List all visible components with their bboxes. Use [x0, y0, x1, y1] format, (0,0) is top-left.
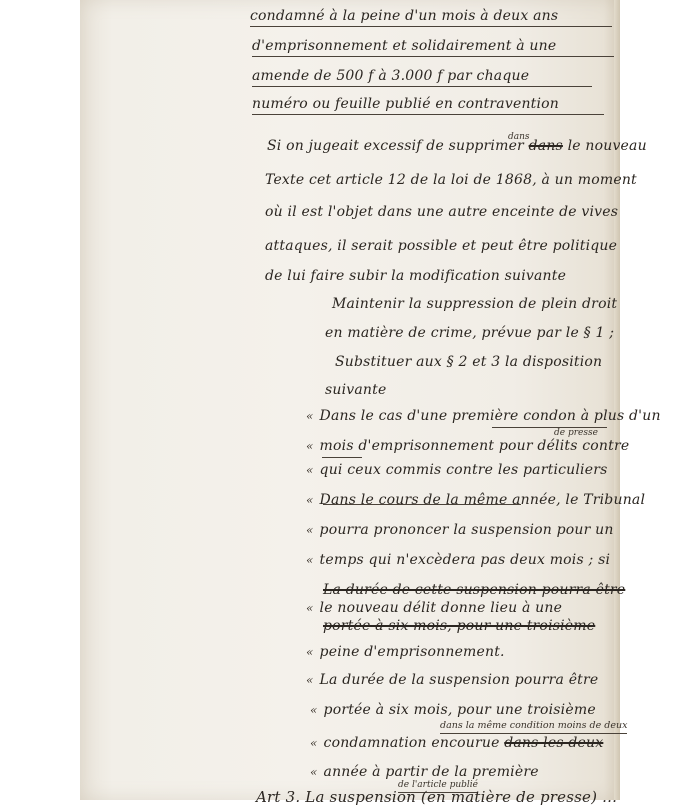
block4-line-1: «Dans le cas d'une première condon à plu… [306, 408, 661, 424]
block2-line-4: attaques, il serait possible et peut êtr… [265, 238, 617, 254]
block1-line-1: condamné à la peine d'un mois à deux ans [250, 8, 612, 27]
underline-meme-annee [323, 504, 521, 505]
line-condamnation-text: condamnation encourue [324, 735, 500, 751]
block4-line-4-text: Dans le cours de la même année, le Tribu… [320, 492, 646, 508]
block4-line-6: «temps qui n'excèdera pas deux mois ; si [306, 552, 610, 568]
quote-mark: « [306, 463, 314, 477]
block2-line-1-text: Si on jugeait excessif de supprimer [267, 138, 524, 154]
struck-dans-les-deux: dans les deux [504, 735, 603, 751]
struck-word: dans [529, 138, 563, 154]
block4-line-3-text: qui ceux commis contre les particuliers [320, 462, 608, 478]
struck-line-duree: La durée de cette suspension pourra être [323, 582, 625, 598]
block1-line-3: amende de 500 f à 3.000 f par chaque [252, 68, 592, 87]
block2-line-1-end: le nouveau [568, 138, 647, 154]
block1-line-4: numéro ou feuille publié en contraventio… [252, 96, 604, 115]
block4-line-1-text: Dans le cas d'une première condon à plus… [320, 408, 661, 424]
page-edge [614, 0, 620, 800]
quote-mark: « [306, 523, 314, 537]
block4-line-5-text: pourra prononcer la suspension pour un [320, 522, 614, 538]
block2-line-5: de lui faire subir la modification suiva… [265, 268, 566, 284]
block4-line-3: «qui ceux commis contre les particuliers [306, 462, 608, 478]
block4-line-5: «pourra prononcer la suspension pour un [306, 522, 614, 538]
quote-mark: « [310, 703, 318, 717]
block4-line-2-text: mois d'emprisonnement pour délits contre [320, 438, 630, 454]
line-condamnation: «condamnation encourue dans les deux [310, 735, 603, 751]
block3-line-2: en matière de crime, prévue par le § 1 ; [325, 325, 614, 341]
block3-line-1: Maintenir la suppression de plein droit [332, 296, 617, 312]
quote-mark: « [306, 645, 314, 659]
manuscript-page: condamné à la peine d'un mois à deux ans… [80, 0, 620, 800]
insert-meme-condition: dans la même condition moins de deux [440, 720, 627, 734]
insert-de-presse: de presse [554, 428, 598, 438]
quote-mark: « [306, 553, 314, 567]
line-bottom-cut: Art 3. La suspension (en matière de pres… [256, 788, 617, 800]
line-portee: «portée à six mois, pour une troisième [310, 702, 596, 718]
struck-line-portee: portée à six mois, pour une troisième [323, 618, 595, 634]
block2-line-1: Si on jugeait excessif de supprimer dans… [267, 138, 647, 154]
insert-above-line: dans [508, 132, 530, 142]
line-nouveau-delit: «le nouveau délit donne lieu à une [306, 600, 562, 616]
quote-mark: « [310, 736, 318, 750]
line-nouveau-text: le nouveau délit donne lieu à une [320, 600, 563, 616]
line-annee-text: année à partir de la première [324, 764, 539, 780]
block4-line-6-text: temps qui n'excèdera pas deux mois ; si [320, 552, 611, 568]
line-peine: «peine d'emprisonnement. [306, 644, 505, 660]
quote-mark: « [306, 493, 314, 507]
underline-mois [322, 457, 362, 458]
quote-mark: « [306, 601, 314, 615]
block1-line-2: d'emprisonnement et solidairement à une [252, 38, 614, 57]
block2-line-2: Texte cet article 12 de la loi de 1868, … [265, 172, 637, 188]
block2-line-3: où il est l'objet dans une autre enceint… [265, 204, 618, 220]
line-portee-text: portée à six mois, pour une troisième [324, 702, 596, 718]
line-annee: «année à partir de la première [310, 764, 539, 780]
line-duree: «La durée de la suspension pourra être [306, 672, 598, 688]
line-peine-text: peine d'emprisonnement. [320, 644, 505, 660]
line-duree-text: La durée de la suspension pourra être [320, 672, 599, 688]
quote-mark: « [310, 765, 318, 779]
block4-line-4: «Dans le cours de la même année, le Trib… [306, 492, 645, 508]
block3-line-3: Substituer aux § 2 et 3 la disposition [335, 354, 602, 370]
block3-line-4: suivante [325, 382, 386, 398]
block4-line-2: «mois d'emprisonnement pour délits contr… [306, 438, 629, 454]
quote-mark: « [306, 409, 314, 423]
quote-mark: « [306, 439, 314, 453]
quote-mark: « [306, 673, 314, 687]
